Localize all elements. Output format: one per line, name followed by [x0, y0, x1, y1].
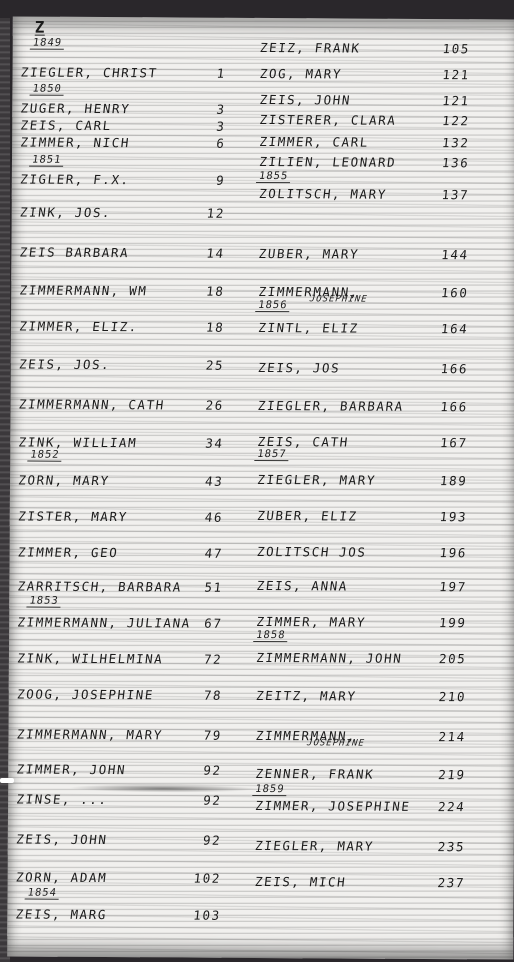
- entry-page-number: 9: [184, 173, 226, 188]
- entry-name: ZILIEN, LEONARD: [259, 154, 398, 170]
- entry-name: ZEIS, CARL: [20, 118, 113, 134]
- index-entry: ZISTERER, CLARA122: [258, 112, 510, 136]
- entry-name: ZEIS, MICH: [254, 874, 347, 890]
- entry-page-number: 199: [426, 615, 468, 630]
- entry-name: ZIMMER, JOHN: [16, 762, 127, 778]
- entry-name: ZEIS, JOS.: [18, 357, 111, 373]
- entry-page-number: 166: [427, 399, 469, 414]
- entry-page-number: 12: [184, 206, 226, 221]
- entry-name: ZOLITSCH, MARY: [258, 186, 387, 202]
- entry-page-number: 103: [180, 908, 222, 923]
- index-entry: ZINK, WILHELMINA72: [16, 651, 263, 674]
- index-entry: ZIMMERMANN, Wm18: [18, 283, 265, 306]
- index-entry: ZIMMERMANN, CATH26: [17, 397, 264, 420]
- entry-name: ZEIS, ANNA: [256, 578, 349, 594]
- right-column: ZEIZ, FRANK105ZOG, MARY121ZEIS, JOHN121Z…: [260, 18, 510, 20]
- entry-name: ZIMMERMANN, Wm: [19, 283, 148, 299]
- index-entry: ZINSE, ...92: [15, 792, 262, 815]
- entry-name: ZENNER, FRANK: [255, 766, 375, 782]
- entry-name: ZUBER, ELIZ: [256, 508, 358, 524]
- entry-page-number: 132: [429, 135, 471, 150]
- entry-page-number: 105: [429, 41, 471, 56]
- entry-name: ZEIZ, FRANK: [259, 40, 361, 56]
- entry-name: ZIMMER, GEO: [17, 545, 119, 561]
- entry-name: ZISTER, MARY: [17, 509, 128, 525]
- entry-page-number: 67: [182, 616, 224, 631]
- entry-name: ZOOG, JOSEPHINE: [16, 687, 155, 703]
- entry-page-number: 26: [183, 398, 225, 413]
- index-entry: ZOG, MARY121: [258, 66, 510, 90]
- year-marker: 1850: [29, 83, 65, 96]
- index-entry: ZOOG, JOSEPHINE78: [15, 687, 262, 710]
- entry-name: ZEIS, JOHN: [259, 92, 352, 108]
- entry-name: ZEIS BARBARA: [19, 245, 130, 261]
- entry-name: ZINK, WILHELMINA: [16, 651, 164, 667]
- entry-name-continuation: JOSEPHINE: [309, 294, 368, 304]
- entry-page-number: 196: [426, 545, 468, 560]
- entry-page-number: 137: [428, 187, 470, 202]
- index-entry: ZUBER, MARY144: [257, 246, 509, 270]
- entry-page-number: 18: [184, 320, 226, 335]
- entry-name-continuation: JOSEPHINE: [306, 738, 365, 748]
- index-entry: ZISTER, MARY46: [17, 509, 264, 532]
- entry-page-number: 167: [427, 435, 469, 450]
- entry-name: ZIMMER, NICH: [20, 135, 131, 151]
- entry-name: ZIEGLER, CHRIST: [20, 65, 159, 81]
- index-entry: ZIMMER, JOHN92: [15, 762, 262, 785]
- entry-page-number: 136: [429, 155, 471, 170]
- index-entry: ZOLITSCH JOS196: [255, 544, 507, 568]
- entry-name: ZUBER, MARY: [258, 246, 360, 262]
- entry-name: ZIGLER, F.X.: [19, 172, 130, 188]
- year-marker: 1849: [30, 37, 66, 50]
- index-entry: ZIMMER, JOSEPHINE224: [254, 798, 506, 822]
- index-entry: ZIMMERMANN,JOSEPHINE214: [254, 728, 506, 752]
- index-entry: ZILIEN, LEONARD136: [258, 154, 510, 178]
- entry-page-number: 79: [181, 728, 223, 743]
- index-entry: ZIEGLER, BARBARA166: [256, 398, 508, 422]
- entry-name: ZIEGLER, MARY: [257, 472, 377, 488]
- entry-page-number: 219: [425, 767, 467, 782]
- entry-page-number: 205: [425, 651, 467, 666]
- entry-page-number: 224: [425, 799, 467, 814]
- entry-page-number: 189: [427, 473, 469, 488]
- entry-page-number: 214: [425, 729, 467, 744]
- index-entry: ZOLITSCH, MARY137: [258, 186, 510, 210]
- index-page: Z 1849ZIEGLER, CHRIST11850ZUGER, HENRY3Z…: [7, 16, 514, 959]
- index-entry: ZEIS, JOS166: [256, 360, 508, 384]
- index-entry: ZIMMERMANN, JOHN205: [255, 650, 507, 674]
- entry-page-number: 210: [425, 689, 467, 704]
- entry-page-number: 166: [427, 361, 469, 376]
- entry-page-number: 102: [180, 871, 222, 886]
- entry-name: ZOLITSCH JOS: [256, 544, 367, 560]
- entry-page-number: 193: [426, 509, 468, 524]
- index-entry: ZIMMERMANN, MARY79: [15, 727, 262, 750]
- entry-name: ZEITZ, MARY: [255, 688, 357, 704]
- entry-page-number: 160: [428, 285, 470, 300]
- index-entry: ZENNER, FRANK219: [254, 766, 506, 790]
- entry-page-number: 92: [180, 833, 222, 848]
- entry-name: ZIMMER, MARY: [256, 614, 367, 630]
- entry-name: ZIMMER, CARL: [259, 134, 370, 150]
- year-marker: 1855: [256, 170, 292, 183]
- entry-name: ZIMMERMANN, JOHN: [255, 650, 403, 666]
- entry-page-number: 72: [181, 652, 223, 667]
- index-entry: ZEIS BARBARA14: [18, 245, 265, 268]
- entry-page-number: 14: [184, 246, 226, 261]
- index-entry: ZEIS, JOS.25: [18, 357, 265, 380]
- index-entry: ZIMMERMANN,JOSEPHINE160: [257, 284, 509, 308]
- entry-name: ZIMMERMANN, JULIANA: [17, 615, 192, 631]
- entry-page-number: 197: [426, 579, 468, 594]
- entry-page-number: 121: [429, 67, 471, 82]
- year-marker: 1856: [255, 299, 291, 312]
- index-entry: ZEIZ, FRANK105: [258, 40, 510, 64]
- entry-name: ZEIS, JOS: [257, 360, 341, 375]
- left-column: 1849ZIEGLER, CHRIST11850ZUGER, HENRY3ZEI…: [21, 17, 266, 18]
- entry-name: ZIEGLER, BARBARA: [257, 398, 405, 414]
- entry-name: ZINTL, ELIZ: [258, 320, 360, 336]
- year-marker: 1854: [25, 887, 61, 900]
- entry-page-number: 47: [182, 546, 224, 561]
- entry-page-number: 1: [185, 66, 227, 81]
- entry-page-number: 164: [428, 321, 470, 336]
- index-entry: ZIEGLER, MARY189: [256, 472, 508, 496]
- page-letter: Z: [35, 21, 45, 36]
- entry-page-number: 34: [183, 436, 225, 451]
- entry-name: ZORN, MARY: [18, 473, 111, 489]
- entry-page-number: 92: [181, 763, 223, 778]
- entry-page-number: 78: [181, 688, 223, 703]
- index-entry: ZIEGLER, MARY235: [254, 838, 506, 862]
- index-entry: ZORN, MARY43: [17, 473, 264, 496]
- entry-name: ZISTERER, CLARA: [259, 112, 398, 128]
- index-entry: ZIGLER, F.X.9: [19, 172, 266, 195]
- entry-name: ZEIS, MARG: [15, 907, 108, 923]
- entry-name: ZOG, MARY: [259, 66, 343, 81]
- index-entry: ZEITZ, MARY210: [254, 688, 506, 712]
- entry-page-number: 3: [185, 119, 227, 134]
- index-entry: ZIMMER, MARY199: [255, 614, 507, 638]
- entry-name: ZIEGLER, MARY: [254, 838, 374, 854]
- index-entry: ZIMMER, ELIZ.18: [18, 319, 265, 342]
- index-entry: ZEIS, ANNA197: [255, 578, 507, 602]
- entry-name: ZIMMERMANN, CATH: [18, 397, 166, 413]
- year-marker: 1851: [29, 154, 65, 167]
- entry-name: ZIMMERMANN, MARY: [16, 727, 164, 743]
- year-marker: 1853: [26, 595, 62, 608]
- entry-page-number: 235: [424, 839, 466, 854]
- entry-page-number: 3: [185, 102, 227, 117]
- index-entry: ZIMMER, GEO47: [16, 545, 263, 568]
- entry-name: ZUGER, HENRY: [20, 101, 131, 117]
- index-entry: ZEIS, MARG103: [14, 907, 261, 930]
- staple-mark: [0, 778, 14, 783]
- index-entry: ZIMMERMANN, JULIANA67: [16, 615, 263, 638]
- year-marker: 1852: [27, 449, 63, 462]
- index-entry: ZINK, JOS.12: [18, 205, 265, 228]
- index-entry: ZEIS, JOHN92: [15, 832, 262, 855]
- entry-page-number: 25: [183, 358, 225, 373]
- entry-page-number: 144: [428, 247, 470, 262]
- entry-name: ZARRITSCH, BARBARA: [17, 579, 183, 595]
- entry-name: ZINK, JOS.: [19, 205, 112, 221]
- entry-page-number: 237: [424, 875, 466, 890]
- entry-page-number: 121: [429, 93, 471, 108]
- index-entry: ZINTL, ELIZ164: [257, 320, 509, 344]
- entry-page-number: 46: [182, 510, 224, 525]
- entry-page-number: 51: [182, 580, 224, 595]
- entry-page-number: 18: [184, 284, 226, 299]
- entry-name: ZINSE, ...: [16, 792, 109, 808]
- entry-name: ZEIS, JOHN: [15, 832, 108, 848]
- entry-page-number: 43: [183, 474, 225, 489]
- entry-page-number: 122: [429, 113, 471, 128]
- index-entry: ZUBER, ELIZ193: [256, 508, 508, 532]
- entry-name: ZORN, ADAM: [15, 870, 108, 886]
- entry-page-number: 92: [181, 793, 223, 808]
- ink-smudge: [68, 784, 258, 793]
- index-entry: ZEIS, MICH237: [253, 874, 505, 898]
- entry-page-number: 6: [185, 136, 227, 151]
- entry-name: ZIMMER, JOSEPHINE: [255, 798, 412, 814]
- year-marker: 1857: [254, 448, 290, 461]
- index-entry: ZEIS, CATH167: [256, 434, 508, 458]
- entry-name: ZIMMER, ELIZ.: [19, 319, 139, 335]
- year-marker: 1858: [253, 629, 289, 642]
